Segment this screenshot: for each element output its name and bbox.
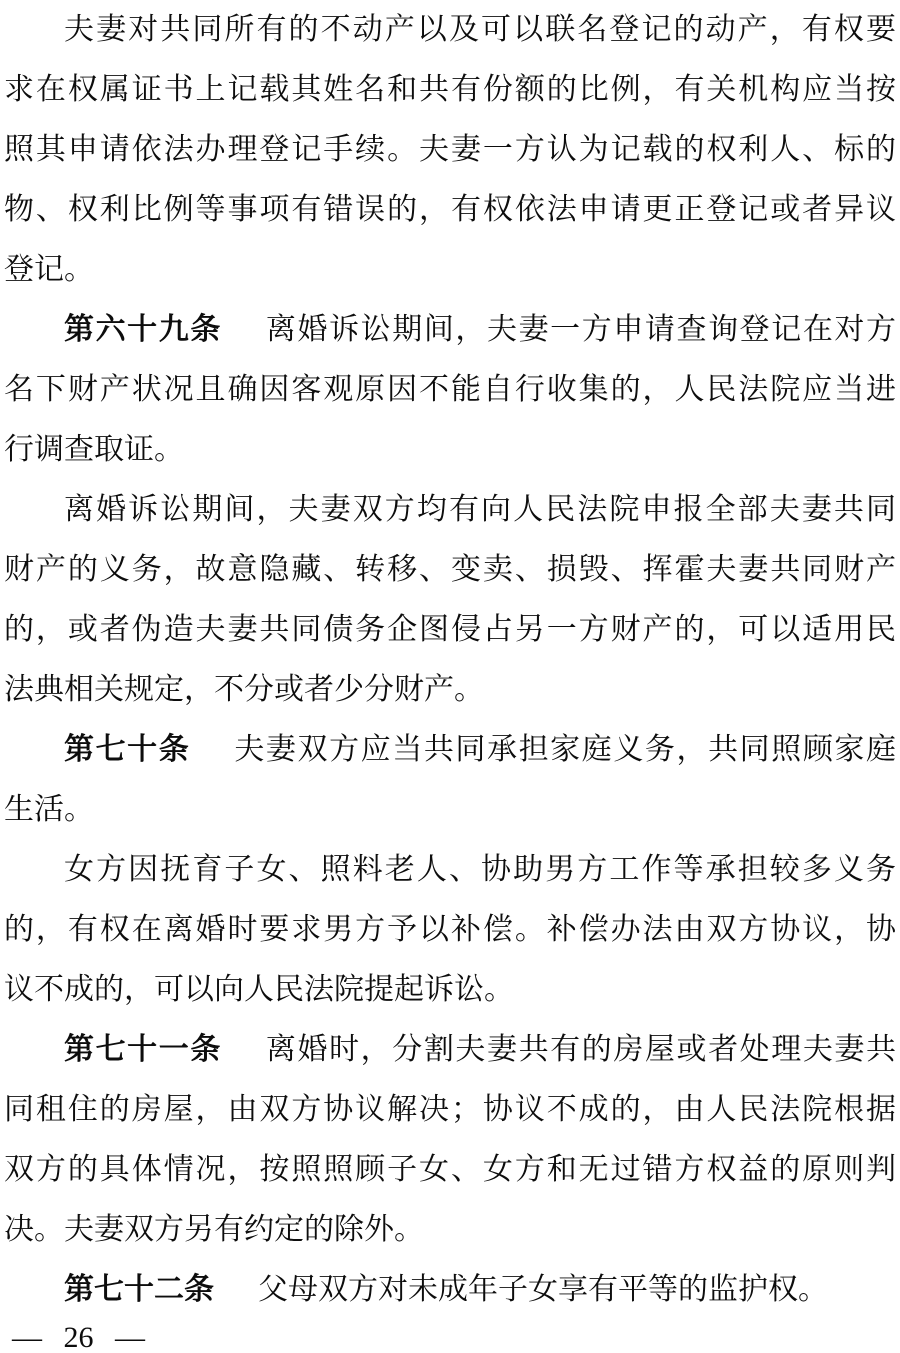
text-line: 登记。	[4, 240, 896, 300]
text-line: 决。夫妻双方另有约定的除外。	[4, 1200, 896, 1260]
text-line: 双方的具体情况，按照照顾子女、女方和无过错方权益的原则判	[4, 1140, 896, 1200]
paragraph: 夫妻对共同所有的不动产以及可以联名登记的动产，有权要 求在权属证书上记载其姓名和…	[4, 0, 896, 300]
text-line: 行调查取证。	[4, 420, 896, 480]
paragraph-article-70: 第七十条夫妻双方应当共同承担家庭义务，共同照顾家庭 生活。	[4, 720, 896, 840]
article-number: 第七十一条	[64, 1033, 222, 1066]
article-text: 离婚时，分割夫妻共有的房屋或者处理夫妻共	[266, 1033, 896, 1066]
text-line: 离婚诉讼期间，夫妻双方均有向人民法院申报全部夫妻共同	[4, 480, 896, 540]
paragraph: 离婚诉讼期间，夫妻双方均有向人民法院申报全部夫妻共同 财产的义务，故意隐藏、转移…	[4, 480, 896, 720]
text-line: 第七十一条离婚时，分割夫妻共有的房屋或者处理夫妻共	[4, 1020, 896, 1080]
paragraph: 女方因抚育子女、照料老人、协助男方工作等承担较多义务 的，有权在离婚时要求男方予…	[4, 840, 896, 1020]
text-line: 同租住的房屋，由双方协议解决；协议不成的，由人民法院根据	[4, 1080, 896, 1140]
article-number: 第七十条	[64, 733, 190, 766]
document-page: 夫妻对共同所有的不动产以及可以联名登记的动产，有权要 求在权属证书上记载其姓名和…	[4, 0, 896, 1320]
text-line: 名下财产状况且确因客观原因不能自行收集的，人民法院应当进	[4, 360, 896, 420]
article-text: 离婚诉讼期间，夫妻一方申请查询登记在对方	[266, 313, 896, 346]
text-line: 第七十二条父母双方对未成年子女享有平等的监护权。	[4, 1260, 896, 1320]
text-line: 物、权利比例等事项有错误的，有权依法申请更正登记或者异议	[4, 180, 896, 240]
paragraph-article-69: 第六十九条离婚诉讼期间，夫妻一方申请查询登记在对方 名下财产状况且确因客观原因不…	[4, 300, 896, 480]
text-line: 财产的义务，故意隐藏、转移、变卖、损毁、挥霍夫妻共同财产	[4, 540, 896, 600]
text-line: 照其申请依法办理登记手续。夫妻一方认为记载的权利人、标的	[4, 120, 896, 180]
text-line: 求在权属证书上记载其姓名和共有份额的比例，有关机构应当按	[4, 60, 896, 120]
article-text: 夫妻双方应当共同承担家庭义务，共同照顾家庭	[234, 733, 896, 766]
text-line: 第六十九条离婚诉讼期间，夫妻一方申请查询登记在对方	[4, 300, 896, 360]
text-line: 的，有权在离婚时要求男方予以补偿。补偿办法由双方协议，协	[4, 900, 896, 960]
article-text: 父母双方对未成年子女享有平等的监护权。	[258, 1273, 828, 1306]
text-line: 女方因抚育子女、照料老人、协助男方工作等承担较多义务	[4, 840, 896, 900]
paragraph-article-71: 第七十一条离婚时，分割夫妻共有的房屋或者处理夫妻共 同租住的房屋，由双方协议解决…	[4, 1020, 896, 1260]
article-number: 第七十二条	[64, 1273, 214, 1306]
page-number: — 26 —	[12, 1322, 145, 1353]
text-line: 夫妻对共同所有的不动产以及可以联名登记的动产，有权要	[4, 0, 896, 60]
text-line: 的，或者伪造夫妻共同债务企图侵占另一方财产的，可以适用民	[4, 600, 896, 660]
paragraph-article-72: 第七十二条父母双方对未成年子女享有平等的监护权。	[4, 1260, 896, 1320]
text-line: 法典相关规定，不分或者少分财产。	[4, 660, 896, 720]
article-number: 第六十九条	[64, 313, 222, 346]
text-line: 议不成的，可以向人民法院提起诉讼。	[4, 960, 896, 1020]
text-line: 第七十条夫妻双方应当共同承担家庭义务，共同照顾家庭	[4, 720, 896, 780]
text-line: 生活。	[4, 780, 896, 840]
